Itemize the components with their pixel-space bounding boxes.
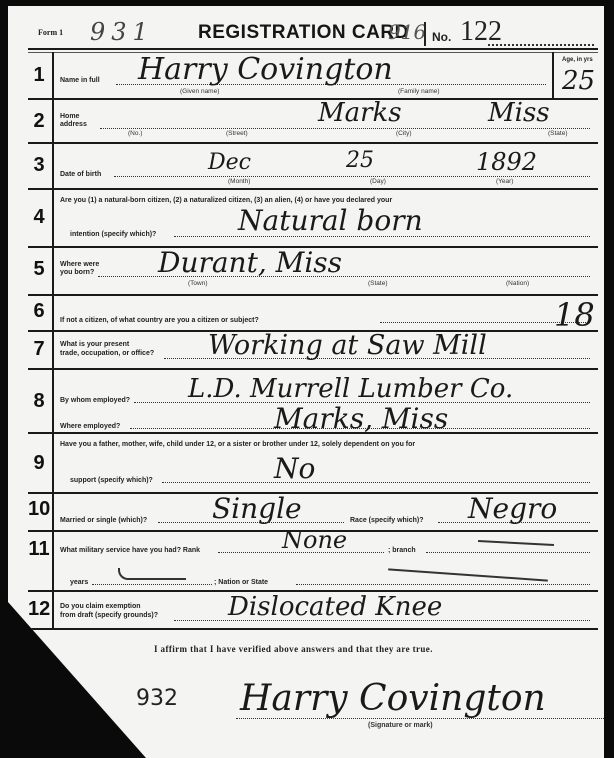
card-header: Form 1 931 REGISTRATION CARD 916 No. 122 [28, 14, 598, 46]
signature-line [236, 718, 612, 719]
no-caption: (No.) [128, 130, 142, 137]
exemption-label-line1: Do you claim exemption [60, 602, 141, 611]
employer-value[interactable]: L.D. Murrell Lumber Co. [188, 374, 513, 404]
dependents-line [162, 482, 590, 483]
marital-status-value[interactable]: Single [212, 492, 302, 525]
marital-status-label: Married or single (which)? [60, 516, 147, 525]
foreign-citizenship-label: If not a citizen, of what country are yo… [60, 316, 259, 325]
serial-number-line [488, 44, 594, 46]
address-line [100, 128, 590, 129]
year-caption: (Year) [496, 178, 513, 185]
nation-caption: (Nation) [506, 280, 529, 287]
field-1-name: 1 Name in full Harry Covington (Given na… [28, 52, 598, 100]
row-divider [52, 144, 54, 188]
race-value[interactable]: Negro [468, 492, 557, 525]
field-3-date-of-birth: 3 Date of birth Dec 25 1892 (Month) (Day… [28, 144, 598, 190]
field-12-exemption: 12 Do you claim exemption from draft (sp… [28, 592, 598, 630]
dob-line [114, 176, 590, 177]
row-divider [52, 434, 54, 492]
field-11-military-service: 11 What military service have you had? R… [28, 532, 598, 592]
years-dash-mark [118, 568, 186, 580]
age-label: Age, in yrs [562, 56, 593, 65]
month-caption: (Month) [228, 178, 250, 185]
birthplace-label-line2: you born? [60, 268, 94, 277]
state-caption: (State) [548, 130, 568, 137]
field-number: 8 [28, 390, 50, 413]
stamp-number: 932 [136, 686, 178, 711]
military-nation-label: ; Nation or State [214, 578, 268, 587]
field-number: 9 [28, 452, 50, 475]
handwritten-form-number: 931 [90, 18, 154, 46]
age-divider [552, 52, 554, 98]
field-number: 4 [28, 206, 50, 229]
field-4-citizenship: 4 Are you (1) a natural-born citizen, (2… [28, 190, 598, 248]
field-number: 6 [28, 300, 50, 323]
military-branch-label: ; branch [388, 546, 416, 555]
employer-label: By whom employed? [60, 396, 130, 405]
row-divider [52, 370, 54, 432]
birth-month-value[interactable]: Dec [208, 150, 251, 175]
military-years-label: years [70, 578, 88, 587]
field-7-occupation: 7 What is your present trade, occupation… [28, 332, 598, 370]
citizenship-value[interactable]: Natural born [238, 204, 423, 237]
row-divider [52, 100, 54, 142]
row-divider [52, 248, 54, 294]
row-divider [52, 190, 54, 246]
row-divider [52, 592, 54, 628]
dependents-label: support (specify which)? [70, 476, 153, 485]
occupation-value[interactable]: Working at Saw Mill [208, 330, 487, 361]
field-9-dependents: 9 Have you a father, mother, wife, child… [28, 434, 598, 494]
row-divider [52, 332, 54, 368]
registration-card: Form 1 931 REGISTRATION CARD 916 No. 122… [8, 6, 604, 758]
military-rank-value[interactable]: None [282, 526, 347, 554]
field-number: 10 [28, 498, 50, 521]
field-number: 5 [28, 258, 50, 281]
street-caption: (Street) [226, 130, 248, 137]
handwritten-card-annotation: 916 [388, 20, 426, 44]
military-branch-line [426, 552, 590, 553]
birth-day-value[interactable]: 25 [346, 148, 374, 173]
field-5-birthplace: 5 Where were you born? Durant, Miss (Tow… [28, 248, 598, 296]
field-number: 11 [28, 538, 50, 561]
day-caption: (Day) [370, 178, 386, 185]
dependents-value[interactable]: No [274, 452, 315, 485]
field-8-employer: 8 By whom employed? L.D. Murrell Lumber … [28, 370, 598, 434]
city-value[interactable]: Marks [318, 98, 402, 128]
dependents-question: Have you a father, mother, wife, child u… [60, 440, 415, 449]
state-caption: (State) [368, 280, 388, 287]
state-value[interactable]: Miss [488, 98, 550, 128]
field-number: 3 [28, 154, 50, 177]
signature: Harry Covington [240, 678, 546, 719]
employment-place-label: Where employed? [60, 422, 120, 431]
row-divider [52, 532, 54, 590]
occupation-label-line1: What is your present [60, 340, 129, 349]
row-divider [52, 296, 54, 330]
birthplace-value[interactable]: Durant, Miss [158, 246, 342, 279]
margin-annotation: 18 [554, 296, 595, 334]
military-years-line [92, 584, 212, 585]
age-value[interactable]: 25 [562, 66, 595, 96]
branch-dash-mark [478, 540, 554, 546]
name-label: Name in full [60, 76, 100, 85]
field-2-home-address: 2 Home address Marks Miss (No.) (Street)… [28, 100, 598, 144]
city-caption: (City) [396, 130, 412, 137]
field-number: 1 [28, 64, 50, 87]
affirmation-text: I affirm that I have verified above answ… [154, 644, 433, 654]
dob-label: Date of birth [60, 170, 101, 179]
occupation-label-line2: trade, occupation, or office? [60, 349, 154, 358]
row-divider [52, 52, 54, 98]
field-6-foreign-citizenship: 6 If not a citizen, of what country are … [28, 296, 598, 332]
town-caption: (Town) [188, 280, 208, 287]
serial-number-label: No. [432, 30, 451, 44]
name-value[interactable]: Harry Covington [138, 52, 393, 87]
race-label: Race (specify which)? [350, 516, 424, 525]
signature-caption: (Signature or mark) [368, 722, 433, 729]
military-rank-label: What military service have you had? Rank [60, 546, 200, 555]
form-label: Form 1 [38, 28, 63, 37]
exemption-label-line2: from draft (specify grounds)? [60, 611, 158, 620]
birth-year-value[interactable]: 1892 [476, 148, 537, 176]
header-divider [424, 22, 426, 46]
citizenship-label: intention (specify which)? [70, 230, 156, 239]
card-title: REGISTRATION CARD [198, 22, 409, 44]
exemption-value[interactable]: Dislocated Knee [228, 592, 442, 622]
family-name-caption: (Family name) [398, 88, 440, 95]
nation-dash-mark [388, 568, 548, 581]
field-number: 2 [28, 110, 50, 133]
military-nation-line [296, 584, 590, 585]
employment-place-value[interactable]: Marks, Miss [274, 402, 448, 435]
row-divider [52, 494, 54, 530]
field-number: 7 [28, 338, 50, 361]
address-label: address [60, 120, 87, 129]
field-number: 12 [28, 598, 50, 621]
given-name-caption: (Given name) [180, 88, 219, 95]
